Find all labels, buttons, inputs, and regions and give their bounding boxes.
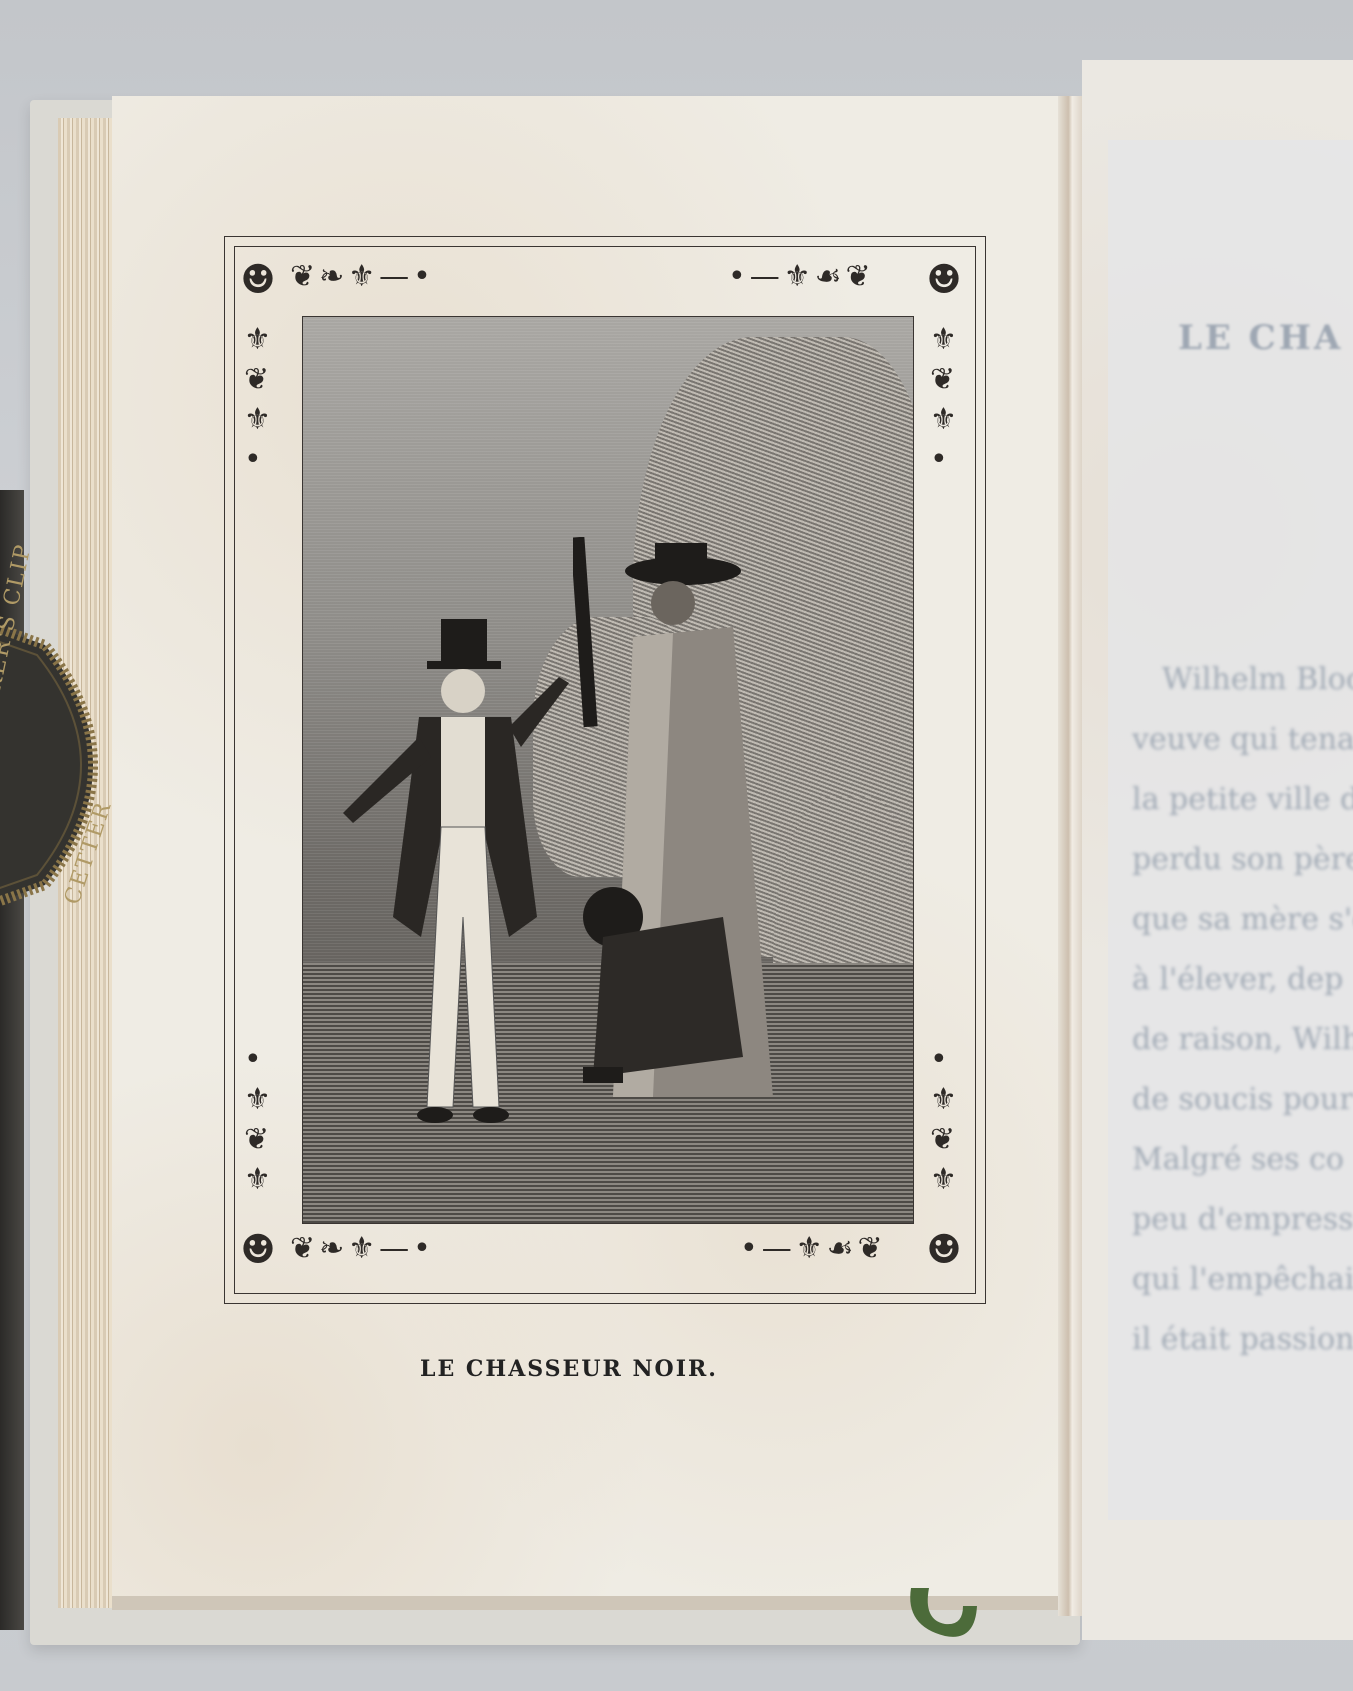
engraving-plate: [302, 316, 914, 1224]
grotesque-mask-ornament-bottom-right: ☻: [926, 1230, 962, 1270]
leaf-scroll-ornament-top-right: •—⚜☙❦: [728, 262, 875, 292]
vertical-foliage-ornament-left-bottom: •⚜❦⚜: [244, 1040, 274, 1200]
text-line: à l'élever, dep: [1132, 950, 1353, 1010]
text-line: la petite ville d: [1132, 770, 1353, 830]
dog-figure: [573, 877, 753, 1097]
grotesque-mask-ornament-top-left: ☻: [240, 260, 276, 300]
text-line: de soucis pour: [1132, 1070, 1353, 1130]
grotesque-mask-ornament-bottom-left: ☻: [240, 1230, 276, 1270]
leaf-scroll-ornament-bottom-left: ❦❧⚜—•: [290, 1234, 435, 1264]
text-line: Wilhelm Block: [1132, 650, 1353, 710]
ribbon-bookmark[interactable]: [905, 1586, 1015, 1642]
book-gutter: [1058, 96, 1084, 1616]
text-line: Malgré ses co: [1132, 1130, 1353, 1190]
text-line: de raison, Wilh: [1132, 1010, 1353, 1070]
grotesque-mask-ornament-top-right: ☻: [926, 260, 962, 300]
text-line: qui l'empêchait: [1132, 1250, 1353, 1310]
right-page-text: Wilhelm Block veuve qui tenait la petite…: [1132, 650, 1353, 1370]
vertical-foliage-ornament-right-top: ⚜❦⚜•: [930, 320, 960, 480]
text-line: peu d'empresse: [1132, 1190, 1353, 1250]
text-line: que sa mère s'ét: [1132, 890, 1353, 950]
vertical-foliage-ornament-left-top: ⚜❦⚜•: [244, 320, 274, 480]
text-line: perdu son père: [1132, 830, 1353, 890]
text-line: il était passion: [1132, 1310, 1353, 1370]
vertical-foliage-ornament-right-bottom: •⚜❦⚜: [930, 1040, 960, 1200]
right-page-title: LE CHA: [1178, 318, 1343, 358]
young-man-figure: [323, 617, 583, 1137]
plate-caption: LE CHASSEUR NOIR.: [420, 1356, 718, 1382]
leaf-scroll-ornament-top-left: ❦❧⚜—•: [290, 262, 435, 292]
leaf-scroll-ornament-bottom-right: •—⚜☙❦: [740, 1234, 887, 1264]
text-line: veuve qui tenait: [1132, 710, 1353, 770]
